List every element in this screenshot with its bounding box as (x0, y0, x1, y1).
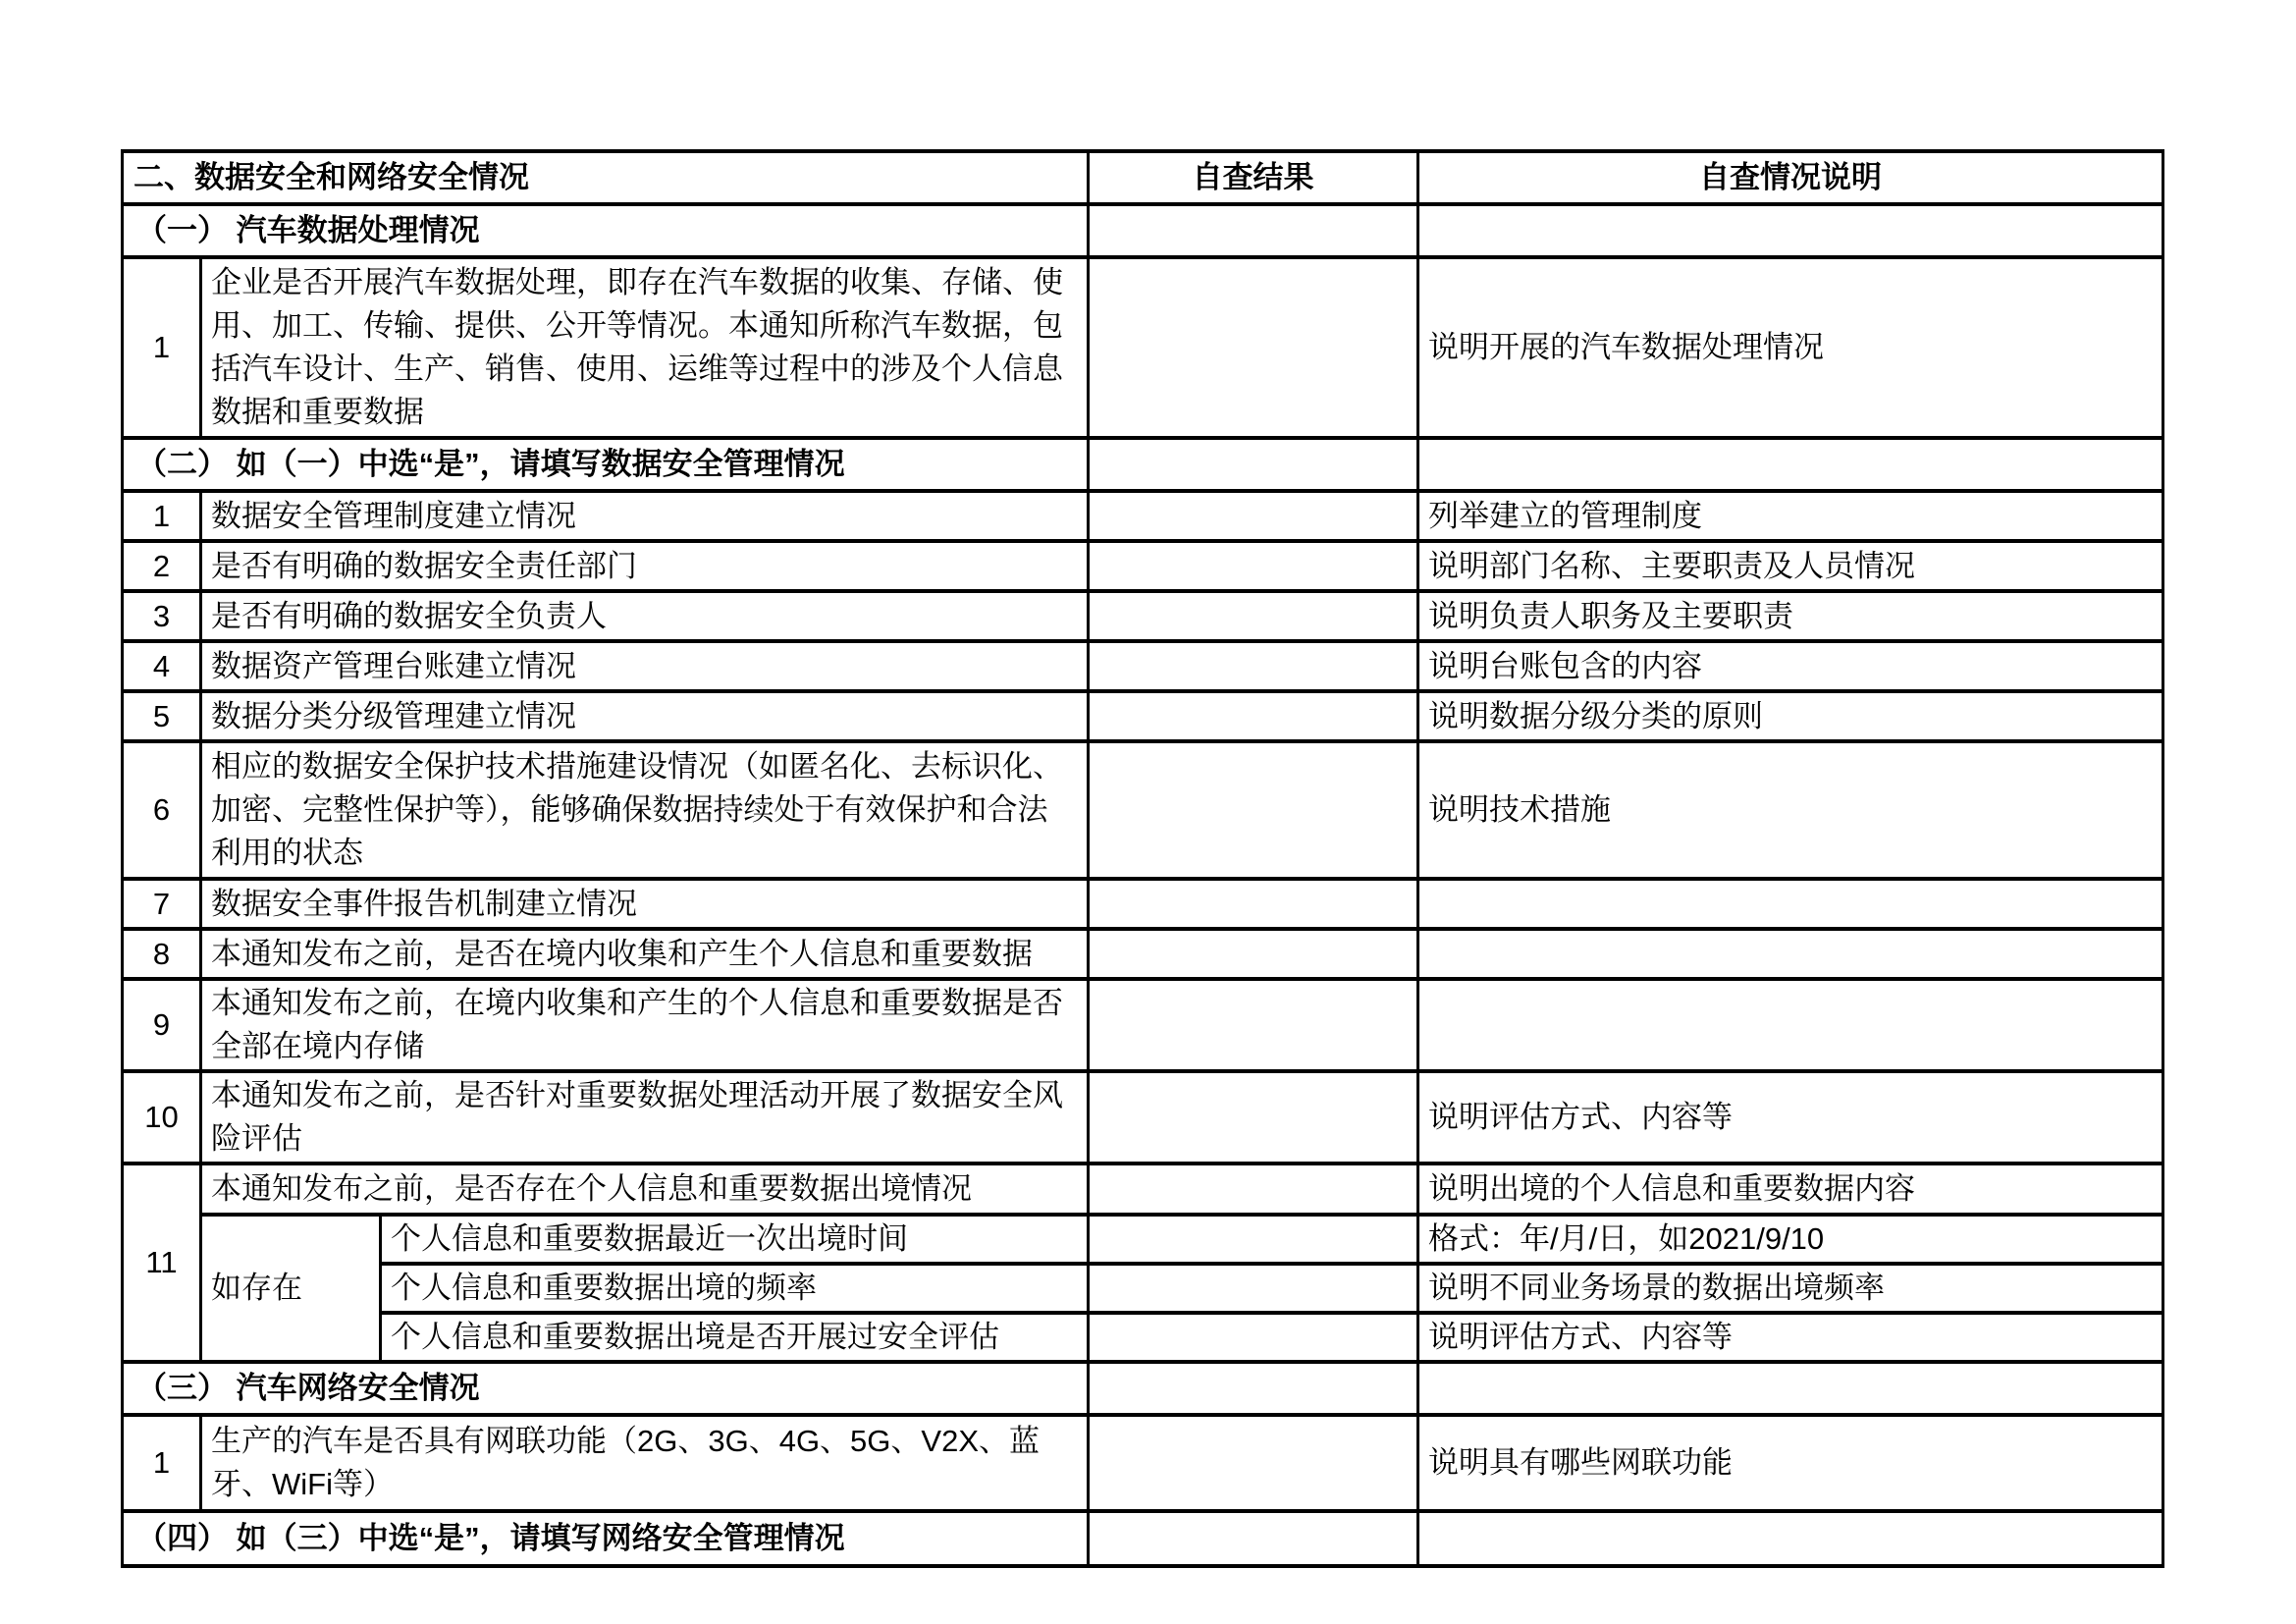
table-header-row: 二、数据安全和网络安全情况 自查结果 自查情况说明 (123, 151, 2163, 204)
table-row-11-sub: 个人信息和重要数据出境的频率 说明不同业务场景的数据出境频率 (123, 1264, 2163, 1313)
desc-cell (1418, 879, 2163, 929)
result-column-header: 自查结果 (1089, 151, 1418, 204)
table-row: 1 数据安全管理制度建立情况 列举建立的管理制度 (123, 491, 2163, 541)
question-cell: 个人信息和重要数据最近一次出境时间 (381, 1215, 1089, 1264)
question-cell: 数据分类分级管理建立情况 (201, 691, 1089, 741)
result-cell (1089, 1264, 1418, 1313)
result-cell (1089, 741, 1418, 879)
desc-column-header: 自查情况说明 (1418, 151, 2163, 204)
question-cell: 本通知发布之前，是否针对重要数据处理活动开展了数据安全风险评估 (201, 1071, 1089, 1164)
table-row: 6 相应的数据安全保护技术措施建设情况（如匿名化、去标识化、加密、完整性保护等）… (123, 741, 2163, 879)
result-cell (1089, 1362, 1418, 1415)
row-number-cell: 11 (123, 1164, 201, 1362)
table-row: 9 本通知发布之前，在境内收集和产生的个人信息和重要数据是否全部在境内存储 (123, 979, 2163, 1071)
desc-cell: 说明不同业务场景的数据出境频率 (1418, 1264, 2163, 1313)
desc-cell: 说明部门名称、主要职责及人员情况 (1418, 541, 2163, 591)
question-cell: 数据安全管理制度建立情况 (201, 491, 1089, 541)
desc-cell (1418, 979, 2163, 1071)
desc-cell (1418, 1511, 2163, 1566)
result-cell (1089, 591, 1418, 641)
desc-cell: 说明评估方式、内容等 (1418, 1071, 2163, 1164)
section4-header-row: （四） 如（三）中选“是”，请填写网络安全管理情况 (123, 1511, 2163, 1566)
table-row-11-sub: 如存在 个人信息和重要数据最近一次出境时间 格式：年/月/日，如2021/9/1… (123, 1215, 2163, 1264)
table-row: 4 数据资产管理台账建立情况 说明台账包含的内容 (123, 641, 2163, 691)
question-cell: 个人信息和重要数据出境的频率 (381, 1264, 1089, 1313)
table-row: 2 是否有明确的数据安全责任部门 说明部门名称、主要职责及人员情况 (123, 541, 2163, 591)
table-row: 1 生产的汽车是否具有网联功能（2G、3G、4G、5G、V2X、蓝牙、WiFi等… (123, 1415, 2163, 1511)
row-number-cell: 1 (123, 491, 201, 541)
desc-cell: 说明数据分级分类的原则 (1418, 691, 2163, 741)
section2-header-row: （二） 如（一）中选“是”，请填写数据安全管理情况 (123, 438, 2163, 491)
row-number-cell: 2 (123, 541, 201, 591)
question-cell: 本通知发布之前，是否在境内收集和产生个人信息和重要数据 (201, 929, 1089, 979)
result-cell (1089, 1215, 1418, 1264)
row-number-cell: 1 (123, 257, 201, 438)
question-cell: 是否有明确的数据安全责任部门 (201, 541, 1089, 591)
row-number-cell: 8 (123, 929, 201, 979)
question-cell: 数据安全事件报告机制建立情况 (201, 879, 1089, 929)
section4-title: （四） 如（三）中选“是”，请填写网络安全管理情况 (123, 1511, 1089, 1566)
table-row-11-main: 11 本通知发布之前，是否存在个人信息和重要数据出境情况 说明出境的个人信息和重… (123, 1164, 2163, 1215)
desc-cell: 列举建立的管理制度 (1418, 491, 2163, 541)
result-cell (1089, 257, 1418, 438)
question-cell: 数据资产管理台账建立情况 (201, 641, 1089, 691)
row-number-cell: 5 (123, 691, 201, 741)
table-row: 5 数据分类分级管理建立情况 说明数据分级分类的原则 (123, 691, 2163, 741)
section1-title: （一） 汽车数据处理情况 (123, 204, 1089, 257)
question-cell: 本通知发布之前，在境内收集和产生的个人信息和重要数据是否全部在境内存储 (201, 979, 1089, 1071)
row-number-cell: 1 (123, 1415, 201, 1511)
desc-cell (1418, 1362, 2163, 1415)
condition-label-cell: 如存在 (201, 1215, 381, 1362)
question-cell: 相应的数据安全保护技术措施建设情况（如匿名化、去标识化、加密、完整性保护等），能… (201, 741, 1089, 879)
result-cell (1089, 641, 1418, 691)
result-cell (1089, 438, 1418, 491)
table-row: 7 数据安全事件报告机制建立情况 (123, 879, 2163, 929)
section1-header-row: （一） 汽车数据处理情况 (123, 204, 2163, 257)
table-row: 1 企业是否开展汽车数据处理，即存在汽车数据的收集、存储、使用、加工、传输、提供… (123, 257, 2163, 438)
table-title: 二、数据安全和网络安全情况 (123, 151, 1089, 204)
question-cell: 个人信息和重要数据出境是否开展过安全评估 (381, 1313, 1089, 1362)
result-cell (1089, 691, 1418, 741)
question-cell: 本通知发布之前，是否存在个人信息和重要数据出境情况 (201, 1164, 1089, 1215)
row-number-cell: 3 (123, 591, 201, 641)
result-cell (1089, 1511, 1418, 1566)
section3-header-row: （三） 汽车网络安全情况 (123, 1362, 2163, 1415)
row-number-cell: 10 (123, 1071, 201, 1164)
section2-title: （二） 如（一）中选“是”，请填写数据安全管理情况 (123, 438, 1089, 491)
result-cell (1089, 491, 1418, 541)
desc-cell (1418, 204, 2163, 257)
question-cell: 是否有明确的数据安全负责人 (201, 591, 1089, 641)
table-row: 3 是否有明确的数据安全负责人 说明负责人职务及主要职责 (123, 591, 2163, 641)
desc-cell: 说明技术措施 (1418, 741, 2163, 879)
desc-cell (1418, 929, 2163, 979)
result-cell (1089, 879, 1418, 929)
table-row-11-sub: 个人信息和重要数据出境是否开展过安全评估 说明评估方式、内容等 (123, 1313, 2163, 1362)
result-cell (1089, 1313, 1418, 1362)
row-number-cell: 7 (123, 879, 201, 929)
row-number-cell: 6 (123, 741, 201, 879)
result-cell (1089, 1071, 1418, 1164)
desc-cell: 格式：年/月/日，如2021/9/10 (1418, 1215, 2163, 1264)
desc-cell: 说明负责人职务及主要职责 (1418, 591, 2163, 641)
table-row: 8 本通知发布之前，是否在境内收集和产生个人信息和重要数据 (123, 929, 2163, 979)
result-cell (1089, 1164, 1418, 1215)
result-cell (1089, 1415, 1418, 1511)
section3-title: （三） 汽车网络安全情况 (123, 1362, 1089, 1415)
desc-cell: 说明出境的个人信息和重要数据内容 (1418, 1164, 2163, 1215)
desc-cell: 说明台账包含的内容 (1418, 641, 2163, 691)
desc-cell (1418, 438, 2163, 491)
desc-cell: 说明评估方式、内容等 (1418, 1313, 2163, 1362)
question-cell: 生产的汽车是否具有网联功能（2G、3G、4G、5G、V2X、蓝牙、WiFi等） (201, 1415, 1089, 1511)
row-number-cell: 4 (123, 641, 201, 691)
desc-cell: 说明开展的汽车数据处理情况 (1418, 257, 2163, 438)
result-cell (1089, 979, 1418, 1071)
question-cell: 企业是否开展汽车数据处理，即存在汽车数据的收集、存储、使用、加工、传输、提供、公… (201, 257, 1089, 438)
table-row: 10 本通知发布之前，是否针对重要数据处理活动开展了数据安全风险评估 说明评估方… (123, 1071, 2163, 1164)
result-cell (1089, 541, 1418, 591)
self-inspection-table: 二、数据安全和网络安全情况 自查结果 自查情况说明 （一） 汽车数据处理情况 1… (121, 149, 2164, 1568)
result-cell (1089, 929, 1418, 979)
result-cell (1089, 204, 1418, 257)
row-number-cell: 9 (123, 979, 201, 1071)
desc-cell: 说明具有哪些网联功能 (1418, 1415, 2163, 1511)
